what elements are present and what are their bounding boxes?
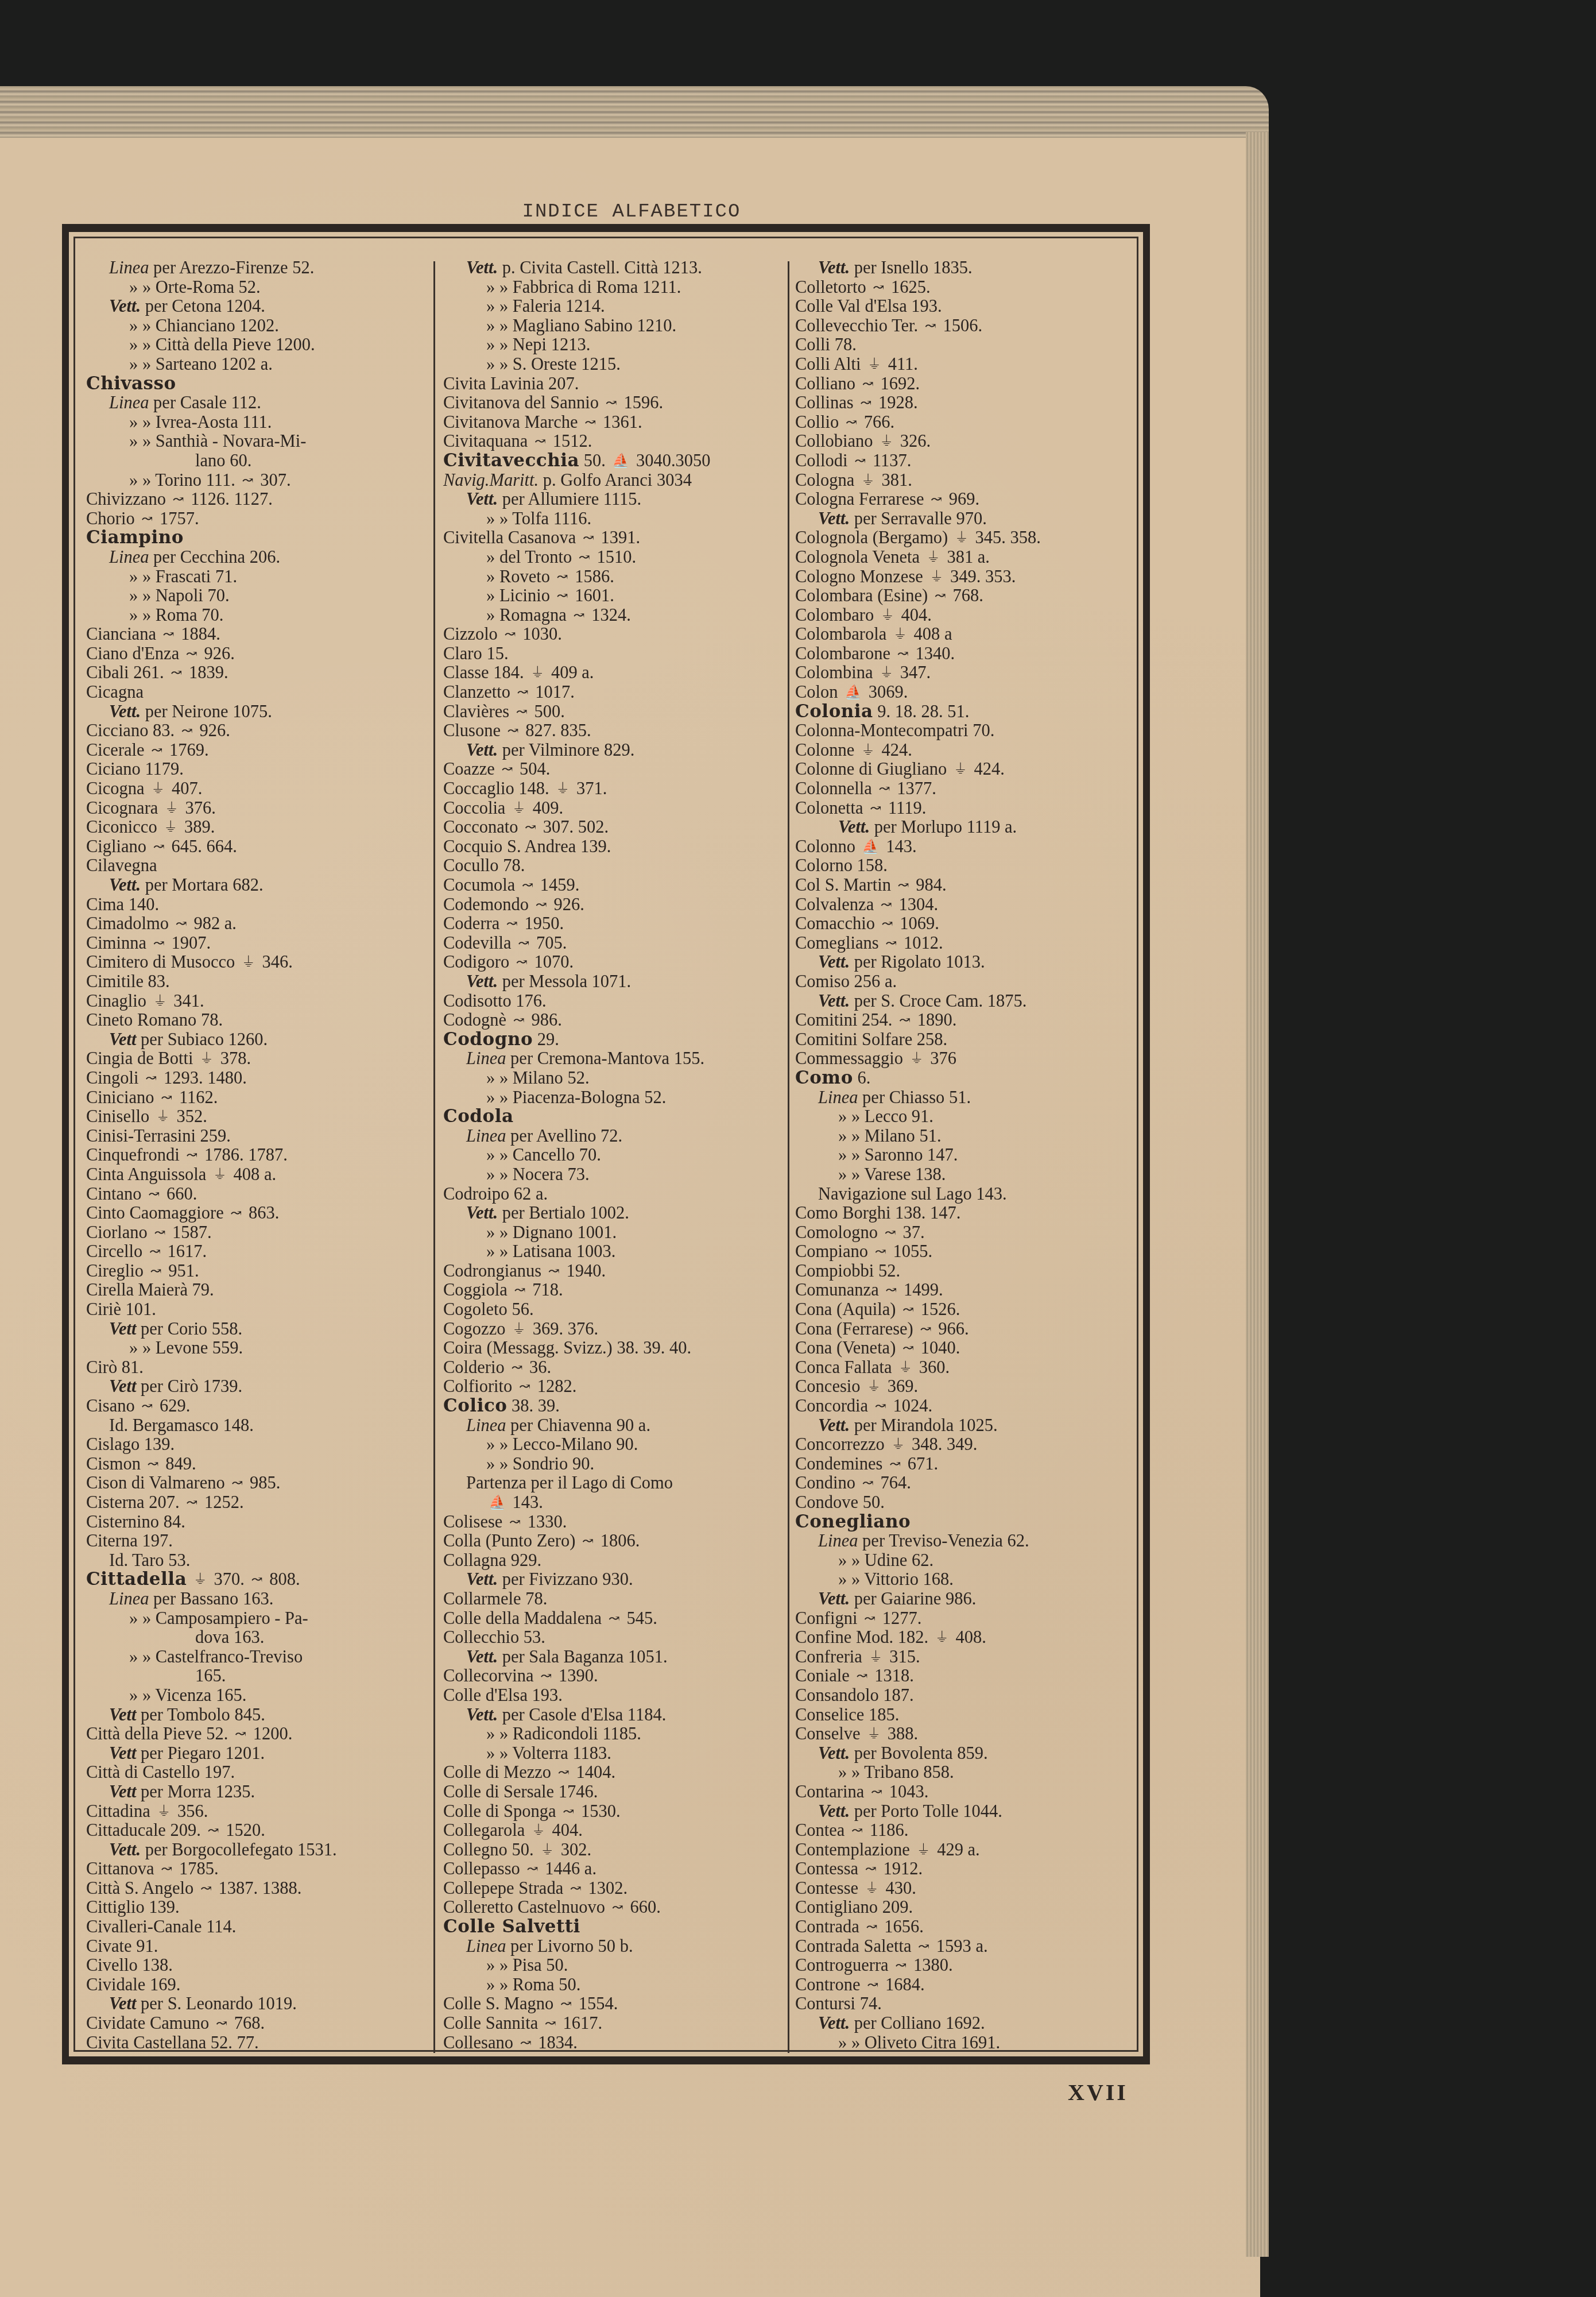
tramway-icon: ↝ bbox=[522, 876, 533, 896]
entry-prefix: Vett. bbox=[838, 817, 870, 837]
index-entry: Civate 91. bbox=[86, 1937, 431, 1956]
tramway-icon: ↝ bbox=[885, 1281, 897, 1301]
index-entry: Cisterna 207. ↝ 1252. bbox=[86, 1493, 431, 1513]
tramway-icon: ↝ bbox=[149, 1243, 161, 1262]
index-entry: » » Castelfranco-Treviso bbox=[86, 1648, 431, 1667]
index-entry: Colon ⛵ 3069. bbox=[795, 683, 1140, 702]
tramway-icon: ↝ bbox=[513, 1011, 525, 1031]
tramway-icon: ↝ bbox=[153, 838, 165, 857]
bell-icon: ⏚ bbox=[512, 1320, 526, 1340]
index-entry: Colonetta ↝ 1119. bbox=[795, 799, 1140, 818]
index-entry: Colonna-Montecompatri 70. bbox=[795, 721, 1140, 741]
index-entry: Collepasso ↝ 1446 a. bbox=[443, 1859, 788, 1879]
index-entry: Conca Fallata ⏚ 360. bbox=[795, 1358, 1140, 1378]
tramway-icon: ↝ bbox=[862, 1474, 874, 1494]
tramway-icon: ↝ bbox=[846, 413, 857, 433]
index-entry: Coderra ↝ 1950. bbox=[443, 914, 788, 934]
index-entry: Vett per Corio 558. bbox=[86, 1320, 431, 1339]
index-entry: Cogoleto 56. bbox=[443, 1300, 788, 1320]
entry-prefix: Linea bbox=[109, 258, 149, 277]
index-entry: Cinquefrondi ↝ 1786. 1787. bbox=[86, 1146, 431, 1165]
index-entry: Compiano ↝ 1055. bbox=[795, 1242, 1140, 1262]
index-entry: Vett. p. Civita Castell. Città 1213. bbox=[443, 258, 788, 278]
index-entry: Colombina ⏚ 347. bbox=[795, 663, 1140, 683]
index-entry: Cisternino 84. bbox=[86, 1513, 431, 1532]
heading-word: Colle Salvetti bbox=[443, 1916, 580, 1937]
index-entry: » » Varese 138. bbox=[795, 1165, 1140, 1185]
index-heading-entry: Colico 38. 39. bbox=[443, 1397, 788, 1416]
index-heading-entry: Codola bbox=[443, 1107, 788, 1127]
entry-prefix: Vett bbox=[109, 1376, 136, 1396]
index-entry: Cigliano ↝ 645. 664. bbox=[86, 837, 431, 857]
index-entry: Contesse ⏚ 430. bbox=[795, 1879, 1140, 1898]
index-entry: Colombaro ⏚ 404. bbox=[795, 606, 1140, 625]
index-entry: Codisotto 176. bbox=[443, 992, 788, 1011]
index-entry: Cittiglio 139. bbox=[86, 1898, 431, 1917]
tramway-icon: ↝ bbox=[148, 1455, 159, 1475]
index-entry: Ciorlano ↝ 1587. bbox=[86, 1223, 431, 1243]
heading-word: Ciampino bbox=[86, 527, 184, 548]
index-heading-entry: Cittadella ⏚ 370. ↝ 808. bbox=[86, 1570, 431, 1590]
index-entry: Linea per Treviso-Venezia 62. bbox=[795, 1532, 1140, 1551]
entry-prefix: Vett. bbox=[466, 1705, 498, 1724]
tramway-icon: ↝ bbox=[509, 1513, 521, 1533]
index-entry: Cima 140. bbox=[86, 895, 431, 915]
index-entry: Colleretto Castelnuovo ↝ 660. bbox=[443, 1898, 788, 1917]
index-entry: Chivizzano ↝ 1126. 1127. bbox=[86, 490, 431, 509]
index-entry: Claro 15. bbox=[443, 644, 788, 664]
index-heading-entry: Conegliano bbox=[795, 1513, 1140, 1532]
index-entry: Linea per Cecchina 206. bbox=[86, 548, 431, 567]
tramway-icon: ↝ bbox=[151, 741, 162, 761]
tramway-icon: ↝ bbox=[518, 934, 529, 954]
index-entry: » » Volterra 1183. bbox=[443, 1744, 788, 1764]
index-entry: » » Santhià - Novara-Mi- bbox=[86, 432, 431, 451]
entry-prefix: Vett. bbox=[818, 1589, 850, 1608]
index-entry: Clanzetto ↝ 1017. bbox=[443, 683, 788, 702]
tramway-icon: ↝ bbox=[186, 645, 197, 664]
entry-prefix: Linea bbox=[466, 1936, 506, 1956]
tramway-icon: ↝ bbox=[200, 1880, 212, 1899]
index-entry: Commessaggio ⏚ 376 bbox=[795, 1049, 1140, 1069]
index-entry: Cona (Aquila) ↝ 1526. bbox=[795, 1300, 1140, 1320]
tramway-icon: ↝ bbox=[557, 568, 568, 587]
index-entry: Civitaquana ↝ 1512. bbox=[443, 432, 788, 451]
index-entry: » » Radicondoli 1185. bbox=[443, 1724, 788, 1744]
bell-icon: ⏚ bbox=[153, 992, 167, 1012]
index-heading-entry: Civitavecchia 50. ⛵ 3040.3050 bbox=[443, 451, 788, 471]
bell-icon: ⏚ bbox=[867, 1378, 881, 1397]
index-entry: » » Roma 50. bbox=[443, 1975, 788, 1995]
bell-icon: ⏚ bbox=[165, 799, 179, 819]
index-entry: Colombarone ↝ 1340. bbox=[795, 644, 1140, 664]
index-entry: Vett. per Serravalle 970. bbox=[795, 509, 1140, 529]
index-heading-entry: Como 6. bbox=[795, 1069, 1140, 1088]
tramway-icon: ↝ bbox=[208, 1822, 219, 1841]
bell-icon: ⏚ bbox=[910, 1050, 924, 1069]
entry-prefix: Linea bbox=[109, 393, 149, 412]
bell-icon: ⏚ bbox=[200, 1050, 214, 1069]
index-entry: Vett per Morra 1235. bbox=[86, 1782, 431, 1802]
index-entry: Coira (Messagg. Svizz.) 38. 39. 40. bbox=[443, 1339, 788, 1358]
index-entry: Colognola (Bergamo) ⏚ 345. 358. bbox=[795, 528, 1140, 548]
index-entry: Cicognara ⏚ 376. bbox=[86, 799, 431, 818]
index-entry: Colla (Punto Zero) ↝ 1806. bbox=[443, 1532, 788, 1551]
index-entry: Cona (Veneta) ↝ 1040. bbox=[795, 1339, 1140, 1358]
tramway-icon: ↝ bbox=[881, 896, 892, 915]
tramway-icon: ↝ bbox=[612, 1898, 623, 1918]
index-entry: Cimadolmo ↝ 982 a. bbox=[86, 914, 431, 934]
tramway-icon: ↝ bbox=[573, 606, 584, 626]
index-entry: Vett. per Allumiere 1115. bbox=[443, 490, 788, 509]
index-entry: Comitini 254. ↝ 1890. bbox=[795, 1011, 1140, 1030]
index-entry: Id. Taro 53. bbox=[86, 1551, 431, 1571]
index-entry: Cingoli ↝ 1293. 1480. bbox=[86, 1069, 431, 1088]
index-entry: Ciminna ↝ 1907. bbox=[86, 934, 431, 953]
ship-icon: ⛵ bbox=[862, 838, 880, 857]
index-entry: Cividale 169. bbox=[86, 1975, 431, 1995]
tramway-icon: ↝ bbox=[242, 471, 253, 491]
index-entry: Vett. per Morlupo 1119 a. bbox=[795, 818, 1140, 837]
running-head: INDICE ALFABETICO bbox=[0, 201, 1263, 223]
tramway-icon: ↝ bbox=[918, 1938, 929, 1957]
tramway-icon: ↝ bbox=[517, 683, 529, 703]
index-entry: Circello ↝ 1617. bbox=[86, 1242, 431, 1262]
index-entry: Colonnella ↝ 1377. bbox=[795, 779, 1140, 799]
bell-icon: ⏚ bbox=[880, 432, 893, 452]
tramway-icon: ↝ bbox=[570, 1880, 582, 1899]
index-entry: Codognè ↝ 986. bbox=[443, 1011, 788, 1030]
index-entry: » » Levone 559. bbox=[86, 1339, 431, 1358]
index-entry: Vett. per Borgocollefegato 1531. bbox=[86, 1840, 431, 1860]
index-entry: Classe 184. ⏚ 409 a. bbox=[443, 663, 788, 683]
tramway-icon: ↝ bbox=[935, 587, 946, 606]
index-entry: lano 60. bbox=[86, 451, 431, 471]
index-entry: Città della Pieve 52. ↝ 1200. bbox=[86, 1724, 431, 1744]
index-entry: Vett. per Rigolato 1013. bbox=[795, 953, 1140, 972]
index-entry: » » Tribano 858. bbox=[795, 1763, 1140, 1782]
index-entry: Vett per Subiaco 1260. bbox=[86, 1030, 431, 1050]
bell-icon: ⏚ bbox=[893, 625, 907, 645]
index-entry: Cislago 139. bbox=[86, 1435, 431, 1455]
tramway-icon: ↝ bbox=[145, 1069, 157, 1089]
index-entry: » » Lecco-Milano 90. bbox=[443, 1435, 788, 1455]
index-entry: Colonne di Giugliano ⏚ 424. bbox=[795, 760, 1140, 779]
index-entry: » » Latisana 1003. bbox=[443, 1242, 788, 1262]
bell-icon: ⏚ bbox=[935, 1629, 949, 1648]
index-entry: » » Torino 111. ↝ 307. bbox=[86, 471, 431, 490]
index-entry: Vett. per Messola 1071. bbox=[443, 972, 788, 992]
index-entry: Linea per Chiavenna 90 a. bbox=[443, 1416, 788, 1436]
tramway-icon: ↝ bbox=[882, 915, 893, 934]
index-entry: » » Milano 51. bbox=[795, 1127, 1140, 1146]
tramway-icon: ↝ bbox=[875, 1243, 886, 1262]
index-entry: Linea per Casale 112. bbox=[86, 393, 431, 413]
tramway-icon: ↝ bbox=[506, 915, 518, 934]
index-entry: Cicagna bbox=[86, 683, 431, 702]
index-entry: 165. bbox=[86, 1666, 431, 1686]
tramway-icon: ↝ bbox=[563, 1803, 574, 1822]
entry-prefix: Vett. bbox=[818, 1801, 850, 1821]
entry-prefix: Vett. bbox=[466, 1203, 498, 1223]
index-entry: » » Chianciano 1202. bbox=[86, 316, 431, 336]
index-entry: » » Tolfa 1116. bbox=[443, 509, 788, 529]
index-entry: Città di Castello 197. bbox=[86, 1763, 431, 1782]
index-entry: Civitella Casanova ↝ 1391. bbox=[443, 528, 788, 548]
tramway-icon: ↝ bbox=[501, 760, 513, 780]
index-entry: Vett. per Gaiarine 986. bbox=[795, 1590, 1140, 1609]
tramway-icon: ↝ bbox=[186, 1146, 197, 1166]
tramway-icon: ↝ bbox=[579, 548, 590, 568]
index-entry: » » Oliveto Citra 1691. bbox=[795, 2033, 1140, 2053]
index-entry: Colonne ⏚ 424. bbox=[795, 741, 1140, 760]
index-column-1: Linea per Arezzo-Firenze 52.» » Orte-Rom… bbox=[86, 258, 431, 2052]
tramway-icon: ↝ bbox=[925, 317, 936, 337]
index-entry: Linea per Cremona-Mantova 155. bbox=[443, 1049, 788, 1069]
index-entry: » » Sondrio 90. bbox=[443, 1455, 788, 1474]
index-entry: Comacchio ↝ 1069. bbox=[795, 914, 1140, 934]
tramway-icon: ↝ bbox=[540, 1667, 552, 1687]
index-entry: Concorrezzo ⏚ 348. 349. bbox=[795, 1435, 1140, 1455]
index-entry: Contursi 74. bbox=[795, 1994, 1140, 2014]
entry-prefix: Linea bbox=[109, 547, 149, 567]
index-entry: Colle di Mezzo ↝ 1404. bbox=[443, 1763, 788, 1782]
tramway-icon: ↝ bbox=[895, 1956, 907, 1976]
index-entry: Linea per Chiasso 51. bbox=[795, 1088, 1140, 1108]
index-entry: Comiso 256 a. bbox=[795, 972, 1140, 992]
index-entry: Contarina ↝ 1043. bbox=[795, 1782, 1140, 1802]
tramway-icon: ↝ bbox=[163, 625, 175, 645]
index-entry: Vett. per Sala Baganza 1051. bbox=[443, 1648, 788, 1667]
tramway-icon: ↝ bbox=[181, 722, 193, 741]
index-entry: » Romagna ↝ 1324. bbox=[443, 606, 788, 625]
tramway-icon: ↝ bbox=[148, 1185, 160, 1205]
heading-word: Civitavecchia bbox=[443, 450, 579, 471]
tramway-icon: ↝ bbox=[873, 279, 884, 298]
entry-prefix: Linea bbox=[818, 1088, 858, 1107]
bell-icon: ⏚ bbox=[881, 606, 894, 626]
tramway-icon: ↝ bbox=[534, 432, 546, 452]
tramway-icon: ↝ bbox=[885, 1224, 896, 1243]
index-entry: Contrada ↝ 1656. bbox=[795, 1917, 1140, 1937]
index-entry: Configni ↝ 1277. bbox=[795, 1609, 1140, 1629]
index-entry: Colvalenza ↝ 1304. bbox=[795, 895, 1140, 915]
index-entry: dova 163. bbox=[86, 1628, 431, 1648]
index-entry: » » Faleria 1214. bbox=[443, 297, 788, 316]
index-entry: Ciconicco ⏚ 389. bbox=[86, 818, 431, 837]
entry-prefix: Vett. bbox=[466, 258, 498, 277]
index-entry: Confreria ⏚ 315. bbox=[795, 1648, 1140, 1667]
index-entry: Ciano d'Enza ↝ 926. bbox=[86, 644, 431, 664]
index-entry: Condove 50. bbox=[795, 1493, 1140, 1513]
bell-icon: ⏚ bbox=[929, 568, 943, 587]
index-entry: Colle di Sersale 1746. bbox=[443, 1782, 788, 1802]
index-entry: Cintano ↝ 660. bbox=[86, 1185, 431, 1204]
bell-icon: ⏚ bbox=[540, 1841, 554, 1861]
index-entry: Vett. per Cetona 1204. bbox=[86, 297, 431, 316]
index-entry: Vett. per Bovolenta 859. bbox=[795, 1744, 1140, 1764]
index-heading-entry: Codogno 29. bbox=[443, 1030, 788, 1050]
tramway-icon: ↝ bbox=[514, 1281, 525, 1301]
entry-prefix: Vett. bbox=[818, 1416, 850, 1435]
index-entry: Cocquio S. Andrea 139. bbox=[443, 837, 788, 857]
index-entry: Vett. per Vilminore 829. bbox=[443, 741, 788, 760]
entry-prefix: Linea bbox=[466, 1049, 506, 1068]
index-entry: Collobiano ⏚ 326. bbox=[795, 432, 1140, 451]
bell-icon: ⏚ bbox=[151, 780, 165, 799]
index-entry: » » Città della Pieve 1200. bbox=[86, 335, 431, 355]
entry-prefix: Vett. bbox=[466, 489, 498, 509]
bell-icon: ⏚ bbox=[898, 1359, 912, 1378]
heading-word: Como bbox=[795, 1068, 853, 1088]
index-entry: Conselice 185. bbox=[795, 1706, 1140, 1725]
bell-icon: ⏚ bbox=[891, 1436, 905, 1455]
bell-icon: ⏚ bbox=[954, 760, 967, 780]
index-entry: Consandolo 187. bbox=[795, 1686, 1140, 1706]
bell-icon: ⏚ bbox=[955, 529, 969, 548]
entry-prefix: Vett. bbox=[466, 1647, 498, 1666]
index-entry: Civalleri-Canale 114. bbox=[86, 1917, 431, 1937]
tramway-icon: ↝ bbox=[231, 1474, 243, 1494]
index-entry: Cittadina ⏚ 356. bbox=[86, 1802, 431, 1822]
index-entry: » » S. Oreste 1215. bbox=[443, 355, 788, 374]
index-entry: Comunanza ↝ 1499. bbox=[795, 1281, 1140, 1300]
index-entry: Collegarola ⏚ 404. bbox=[443, 1821, 788, 1840]
index-entry: » » Frascati 71. bbox=[86, 567, 431, 587]
bell-icon: ⏚ bbox=[927, 548, 940, 568]
column-separator bbox=[433, 261, 435, 2053]
tramway-icon: ↝ bbox=[141, 510, 153, 529]
heading-word: Codola bbox=[443, 1106, 514, 1127]
index-entry: Codevilla ↝ 705. bbox=[443, 934, 788, 953]
tramway-icon: ↝ bbox=[920, 1320, 931, 1340]
tramway-icon: ↝ bbox=[505, 625, 516, 645]
tramway-icon: ↝ bbox=[867, 1976, 878, 1996]
tramway-icon: ↝ bbox=[609, 1610, 620, 1629]
index-entry: Id. Bergamasco 148. bbox=[86, 1416, 431, 1436]
bell-icon: ⏚ bbox=[861, 471, 875, 491]
index-entry: Cinto Caomaggiore ↝ 863. bbox=[86, 1204, 431, 1223]
index-entry: Cismon ↝ 849. bbox=[86, 1455, 431, 1474]
bell-icon: ⏚ bbox=[242, 953, 255, 973]
tramway-icon: ↝ bbox=[171, 664, 182, 683]
index-entry: Codigoro ↝ 1070. bbox=[443, 953, 788, 972]
tramway-icon: ↝ bbox=[516, 703, 528, 722]
index-entry: » » Vittorio 168. bbox=[795, 1570, 1140, 1590]
tramway-icon: ↝ bbox=[251, 1571, 262, 1590]
index-entry: » » Saronno 147. bbox=[795, 1146, 1140, 1165]
index-entry: » » Orte-Roma 52. bbox=[86, 278, 431, 297]
bell-icon: ⏚ bbox=[530, 664, 544, 683]
tramway-icon: ↝ bbox=[508, 722, 519, 741]
index-heading-entry: Colle Salvetti bbox=[443, 1917, 788, 1937]
tramway-icon: ↝ bbox=[186, 1494, 197, 1513]
tramway-icon: ↝ bbox=[857, 1667, 868, 1687]
entry-prefix: Vett. bbox=[109, 1840, 141, 1859]
ship-icon: ⛵ bbox=[489, 1494, 506, 1513]
bell-icon: ⏚ bbox=[869, 1648, 883, 1668]
index-entry: Cittanova ↝ 1785. bbox=[86, 1859, 431, 1879]
bell-icon: ⏚ bbox=[880, 664, 893, 683]
index-entry: Cinisi-Terrasini 259. bbox=[86, 1127, 431, 1146]
index-entry: Codroipo 62 a. bbox=[443, 1185, 788, 1204]
tramway-icon: ↝ bbox=[862, 375, 874, 395]
index-entry: Navig.Maritt. p. Golfo Aranci 3034 bbox=[443, 471, 788, 490]
index-entry: Civita Lavinia 207. bbox=[443, 374, 788, 394]
index-entry: Colle della Maddalena ↝ 545. bbox=[443, 1609, 788, 1629]
index-entry: » » Napoli 70. bbox=[86, 586, 431, 606]
tramway-icon: ↝ bbox=[898, 876, 909, 896]
index-entry: » » Ivrea-Aosta 111. bbox=[86, 413, 431, 432]
tramway-icon: ↝ bbox=[526, 1860, 538, 1880]
index-entry: » » Camposampiero - Pa- bbox=[86, 1609, 431, 1629]
index-entry: Comitini Solfare 258. bbox=[795, 1030, 1140, 1050]
entry-prefix: Vett bbox=[109, 1782, 136, 1801]
index-entry: Comeglians ↝ 1012. bbox=[795, 934, 1140, 953]
index-entry: Ciniciano ↝ 1162. bbox=[86, 1088, 431, 1108]
index-entry: Cologno Monzese ⏚ 349. 353. bbox=[795, 567, 1140, 587]
tramway-icon: ↝ bbox=[150, 1262, 162, 1282]
index-entry: Colle S. Magno ↝ 1554. bbox=[443, 1994, 788, 2014]
bell-icon: ⏚ bbox=[156, 1108, 170, 1127]
page-number: XVII bbox=[1068, 2079, 1128, 2106]
index-entry: Coggiola ↝ 718. bbox=[443, 1281, 788, 1300]
index-entry: Colfiorito ↝ 1282. bbox=[443, 1377, 788, 1397]
index-entry: Colle Val d'Elsa 193. bbox=[795, 297, 1140, 316]
index-entry: Colombarola ⏚ 408 a bbox=[795, 625, 1140, 644]
index-entry: Chorio ↝ 1757. bbox=[86, 509, 431, 529]
tramway-icon: ↝ bbox=[235, 1725, 246, 1745]
index-entry: Ciciano 1179. bbox=[86, 760, 431, 779]
index-entry: Cianciana ↝ 1884. bbox=[86, 625, 431, 644]
index-entry: Collesano ↝ 1834. bbox=[443, 2033, 788, 2053]
tramway-icon: ↝ bbox=[511, 1359, 522, 1378]
index-entry: Linea per Bassano 163. bbox=[86, 1590, 431, 1609]
index-entry: » » Nepi 1213. bbox=[443, 335, 788, 355]
tramway-icon: ↝ bbox=[545, 2014, 556, 2034]
tramway-icon: ↝ bbox=[153, 934, 165, 954]
bell-icon: ⏚ bbox=[867, 355, 881, 375]
index-entry: Colle d'Elsa 193. bbox=[443, 1686, 788, 1706]
tramway-icon: ↝ bbox=[141, 1397, 153, 1417]
index-entry: Cimitile 83. bbox=[86, 972, 431, 992]
index-entry: Colorno 158. bbox=[795, 856, 1140, 876]
bell-icon: ⏚ bbox=[917, 1841, 931, 1861]
tramway-icon: ↝ bbox=[870, 799, 881, 819]
tramway-icon: ↝ bbox=[161, 1089, 172, 1108]
heading-word: Cittadella bbox=[86, 1569, 187, 1590]
index-entry: » » Sarteano 1202 a. bbox=[86, 355, 431, 374]
entry-prefix: Vett bbox=[109, 1705, 136, 1724]
index-entry: Ciriè 101. bbox=[86, 1300, 431, 1320]
tramway-icon: ↝ bbox=[860, 394, 871, 413]
index-heading-entry: Chivasso bbox=[86, 374, 431, 394]
index-entry: Vett. per Mortara 682. bbox=[86, 876, 431, 895]
index-entry: Vett. per Isnello 1835. bbox=[795, 258, 1140, 278]
index-entry: Clavières ↝ 500. bbox=[443, 702, 788, 722]
index-entry: » » Roma 70. bbox=[86, 606, 431, 625]
index-entry: Contigliano 209. bbox=[795, 1898, 1140, 1917]
index-entry: » » Fabbrica di Roma 1211. bbox=[443, 278, 788, 297]
index-entry: Collecchio 53. bbox=[443, 1628, 788, 1648]
tramway-icon: ↝ bbox=[854, 452, 866, 471]
index-entry: Civitanova del Sannio ↝ 1596. bbox=[443, 393, 788, 413]
entry-prefix: Vett. bbox=[818, 258, 850, 277]
entry-prefix: Linea bbox=[466, 1126, 506, 1146]
index-entry: Civitanova Marche ↝ 1361. bbox=[443, 413, 788, 432]
index-entry: Collinas ↝ 1928. bbox=[795, 393, 1140, 413]
index-entry: Contea ↝ 1186. bbox=[795, 1821, 1140, 1840]
